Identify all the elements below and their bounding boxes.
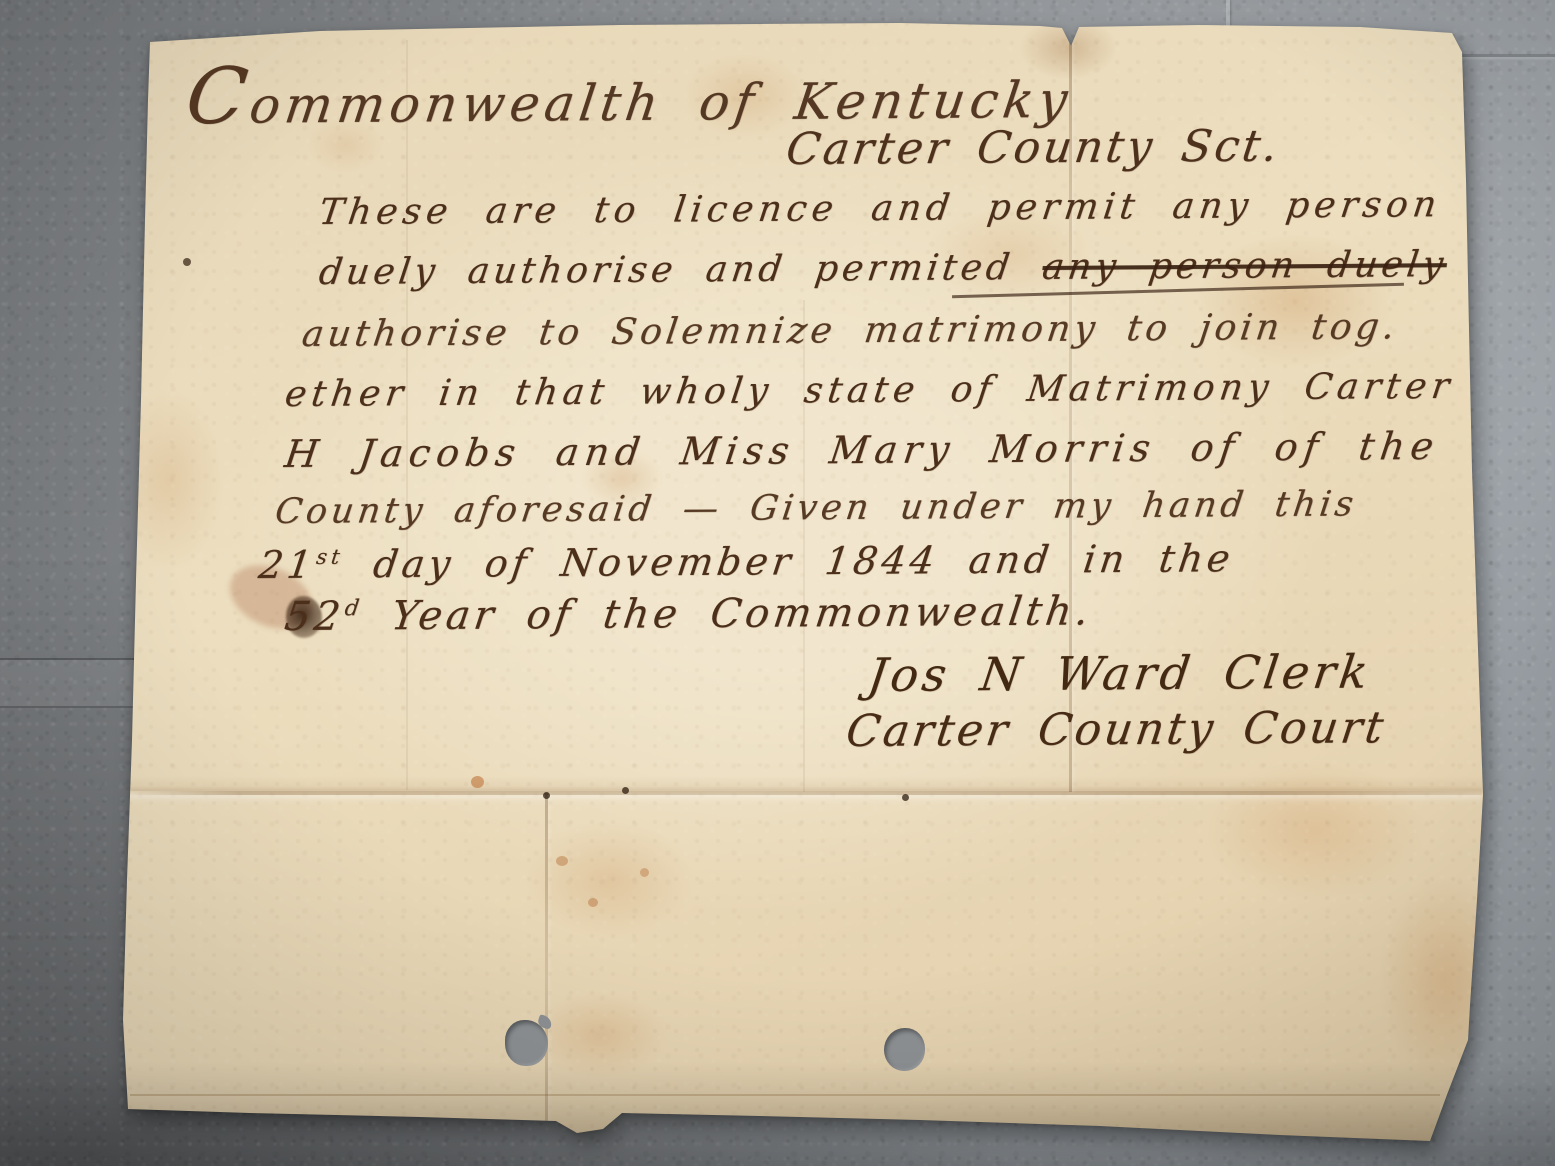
doc-line-solemnize: authorise to Solemnize matrimony to join… xyxy=(300,306,1401,355)
photograph: Commonwealth of Kentucky Carter County S… xyxy=(0,0,1555,1166)
fold-pin-dot xyxy=(902,794,909,801)
paper-shadow: Commonwealth of Kentucky Carter County S… xyxy=(0,0,1555,1166)
doc-line-county-sct: Carter County Sct. xyxy=(783,121,1283,175)
paper-document: Commonwealth of Kentucky Carter County S… xyxy=(0,0,1555,1166)
doc-line-date: 21st day of November 1844 and in the xyxy=(256,536,1236,587)
stain-spot xyxy=(471,776,484,788)
ink-dot xyxy=(183,258,191,266)
doc-line4-post: to xyxy=(1444,244,1523,286)
doc-line4-pre: duely authorise and permited xyxy=(317,247,1046,293)
doc-signature-clerk: Jos N Ward Clerk xyxy=(865,644,1375,702)
doc-line4-struck-text: any person duely xyxy=(1040,244,1450,288)
doc-date-rest: day of November 1844 and in the xyxy=(340,536,1237,586)
doc-year-num: 52 xyxy=(282,594,347,640)
doc-line-given-under-hand: County aforesaid — Given under my hand t… xyxy=(273,484,1360,532)
fold-pin-dot xyxy=(622,787,629,794)
fold-crease-faint-left xyxy=(406,40,408,790)
fold-crease-horizontal xyxy=(130,791,1482,795)
doc-line-matrimony: ether in that wholy state of Matrimony C… xyxy=(283,366,1457,415)
doc-year-rest: Year of the Commonwealth. xyxy=(359,588,1095,639)
stain-spot xyxy=(640,868,649,877)
fold-pin-dot xyxy=(543,792,550,799)
doc-line-authorise-struck: duely authorise and permited any person … xyxy=(317,244,1524,293)
punch-hole-right xyxy=(884,1028,925,1071)
stain-spot xyxy=(556,856,568,866)
fold-crease-vertical-lower xyxy=(545,793,548,1128)
doc-date-day: 21 xyxy=(256,543,318,587)
doc-signature-court: Carter County Court xyxy=(843,702,1389,757)
doc-line-year: 52d Year of the Commonwealth. xyxy=(282,588,1095,640)
paper-bottom-flap-edge xyxy=(130,1094,1440,1142)
doc-line-licence: These are to licence and permit any pers… xyxy=(317,184,1444,233)
stain-spot xyxy=(588,898,598,907)
punch-hole-left xyxy=(505,1020,548,1066)
doc-line-names: H Jacobs and Miss Mary Morris of of the xyxy=(282,424,1442,476)
doc-date-day-suffix: st xyxy=(315,545,345,569)
